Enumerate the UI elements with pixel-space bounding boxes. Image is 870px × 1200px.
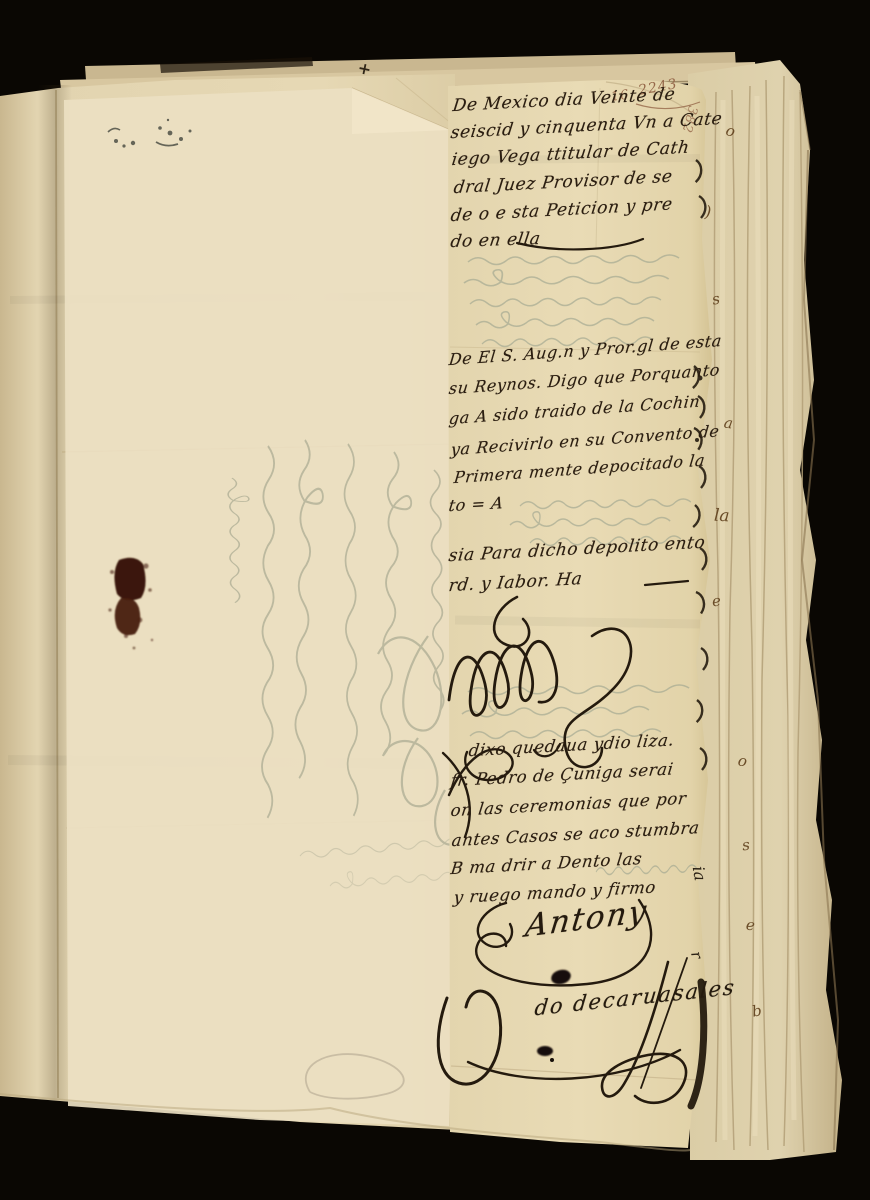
- manuscript-artwork: [0, 0, 870, 1200]
- manuscript-line: to = A: [448, 493, 505, 515]
- ink-blot: [537, 1046, 553, 1056]
- manuscript-photograph: 16 2243 382 + De Mexico dia Veinte de se…: [0, 0, 870, 1200]
- edge-fragment: e: [745, 916, 756, 935]
- manuscript-line: do en ella: [449, 229, 542, 252]
- edge-fragment: e: [711, 592, 722, 611]
- edge-fragment: la: [713, 506, 730, 527]
